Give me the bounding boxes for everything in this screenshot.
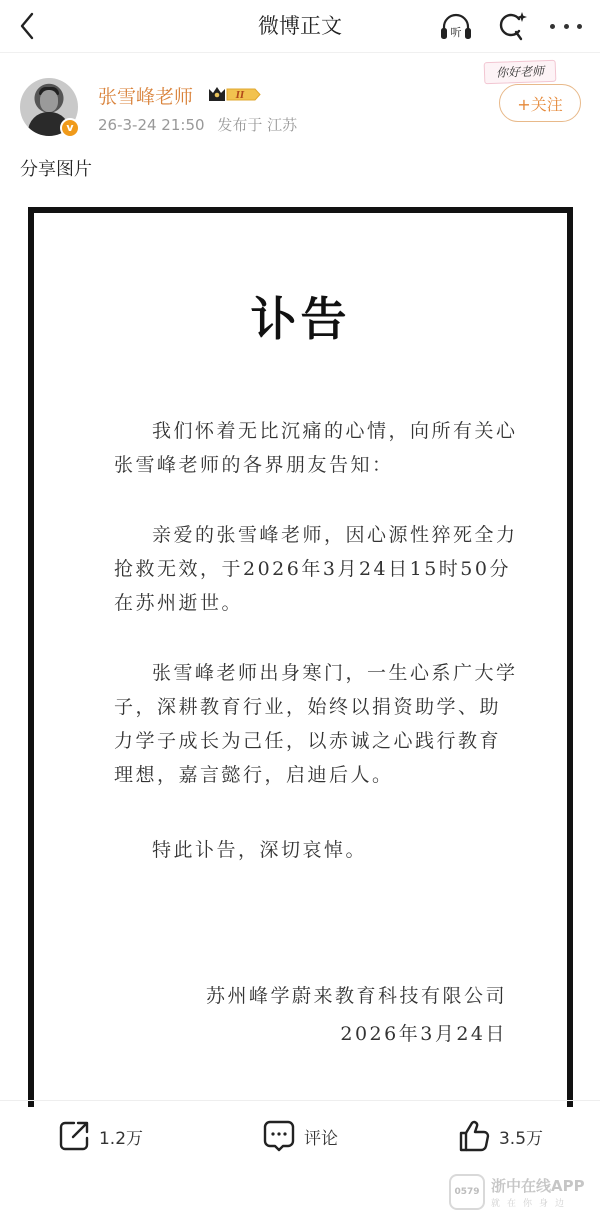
obituary-signature: 苏州峰学蔚来教育科技有限公司 [206, 981, 507, 1008]
post-timestamp: 26-3-24 21:50 [98, 116, 205, 134]
crown-level-icon: II [207, 84, 263, 104]
obituary-paragraph: 特此讣告，深切哀悼。 [114, 833, 518, 867]
listen-button[interactable]: 听 [438, 11, 474, 43]
author-name[interactable]: 张雪峰老师 [98, 82, 193, 109]
header-divider [0, 52, 600, 53]
more-dot-icon [577, 24, 582, 29]
svg-text:听: 听 [451, 26, 462, 39]
headphones-icon: 听 [438, 11, 474, 43]
obituary-paragraph: 张雪峰老师出身寒门，一生心系广大学子，深耕教育行业，始终以捐资助学、助力学子成长… [114, 656, 518, 792]
like-button[interactable]: 3.5万 [400, 1101, 600, 1171]
search-sparkle-icon [494, 9, 530, 43]
post-meta: 26-3-24 21:50 发布于 江苏 [98, 114, 305, 135]
repost-count: 1.2万 [99, 1124, 143, 1149]
top-nav-bar: 微博正文 听 [0, 0, 600, 52]
post-location: 发布于 江苏 [217, 116, 297, 134]
svg-text:II: II [235, 91, 245, 101]
comment-button[interactable]: 评论 [200, 1101, 400, 1171]
like-count: 3.5万 [499, 1124, 543, 1149]
more-options-button[interactable] [546, 14, 586, 38]
follow-button[interactable]: +关注 [499, 84, 581, 122]
comment-icon [262, 1118, 296, 1154]
source-watermark: 0579 浙中在线APP 就在你身边 [449, 1172, 594, 1212]
back-button[interactable] [12, 10, 42, 42]
chevron-left-icon [19, 12, 35, 40]
thumbs-up-icon [457, 1118, 491, 1154]
membership-badge[interactable]: II [207, 84, 263, 104]
post-image-obituary[interactable]: 讣告 我们怀着无比沉痛的心情，向所有关心张雪峰老师的各界朋友告知： 亲爱的张雪峰… [28, 207, 573, 1107]
greeting-sticker: 你好老师 [484, 60, 557, 84]
action-bar: 1.2万 评论 3.5万 [0, 1101, 600, 1171]
more-dot-icon [564, 24, 569, 29]
more-dot-icon [550, 24, 555, 29]
watermark-text: 浙中在线APP 就在你身边 [491, 1175, 585, 1209]
obituary-title: 讣告 [34, 283, 567, 349]
watermark-title: 浙中在线APP [491, 1175, 585, 1196]
obituary-date: 2026年3月24日 [340, 1019, 507, 1046]
comment-label: 评论 [304, 1124, 338, 1149]
post-body-text: 分享图片 [20, 155, 92, 181]
repost-button[interactable]: 1.2万 [0, 1101, 200, 1171]
watermark-subtitle: 就在你身边 [491, 1196, 585, 1209]
watermark-logo-icon: 0579 [449, 1174, 485, 1210]
ai-search-button[interactable] [494, 9, 530, 43]
share-icon [57, 1119, 91, 1153]
avatar-face [40, 90, 58, 112]
obituary-paragraph: 亲爱的张雪峰老师，因心源性猝死全力抢救无效，于2026年3月24日15时50分在… [114, 518, 518, 620]
verified-badge: v [60, 118, 80, 138]
obituary-paragraph: 我们怀着无比沉痛的心情，向所有关心张雪峰老师的各界朋友告知： [114, 414, 518, 482]
